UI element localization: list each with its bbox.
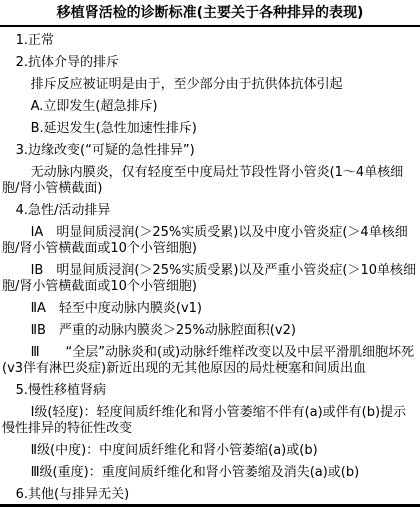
document-line: Ⅱ级(中度)：中度间质纤维化和肾小管萎缩(a)或(b) xyxy=(2,443,419,459)
document-line: Ⅰ级(轻度)：轻度间质纤维化和肾小管萎缩不伴有(a)或伴有(b)提示慢性排异的特… xyxy=(2,405,419,437)
document-line: ⅡB 严重的动脉内膜炎＞25%动脉腔面积(v2) xyxy=(2,323,419,339)
document-line: Ⅲ级(重度)：重度间质纤维化和肾小管萎缩及消失(a)或(b) xyxy=(2,465,419,481)
document-line: 1.正常 xyxy=(2,33,419,49)
document-line: A.立即发生(超急排斥) xyxy=(2,99,419,115)
document-page: 移植肾活检的诊断标准(主要关于各种排异的表现) 1.正常2.抗体介导的排斥排斥反… xyxy=(0,0,420,507)
document-line: ⅠB 明显间质浸润(＞25%实质受累)以及严重小管炎症(＞10单核细胞/肾小管横… xyxy=(2,263,419,295)
document-line: B.延迟发生(急性加速性排斥) xyxy=(2,121,419,137)
document-line: 5.慢性移植肾病 xyxy=(2,383,419,399)
document-line: ⅠA 明显间质浸润(＞25%实质受累)以及中度小管炎症(＞4单核细胞/肾小管横截… xyxy=(2,225,419,257)
document-body: 1.正常2.抗体介导的排斥排斥反应被证明是由于，至少部分由于抗供体抗体引起A.立… xyxy=(0,27,420,504)
document-line: 无动脉内膜炎，仅有轻度至中度局灶节段性肾小管炎(1～4单核细胞/肾小管横截面) xyxy=(2,165,419,197)
document-line: Ⅲ “全层”动脉炎和(或)动脉纤维样改变以及中层平滑肌细胞坏死(v3伴有淋巴炎症… xyxy=(2,345,419,377)
document-line: 2.抗体介导的排斥 xyxy=(2,55,419,71)
document-line: 3.边缘改变(“可疑的急性排异”) xyxy=(2,143,419,159)
document-line: 排斥反应被证明是由于，至少部分由于抗供体抗体引起 xyxy=(2,77,419,93)
document-title: 移植肾活检的诊断标准(主要关于各种排异的表现) xyxy=(0,0,420,25)
document-line: 4.急性/活动排异 xyxy=(2,203,419,219)
document-line: 6.其他(与排异无关) xyxy=(2,487,419,503)
document-line: ⅡA 轻至中度动脉内膜炎(v1) xyxy=(2,301,419,317)
